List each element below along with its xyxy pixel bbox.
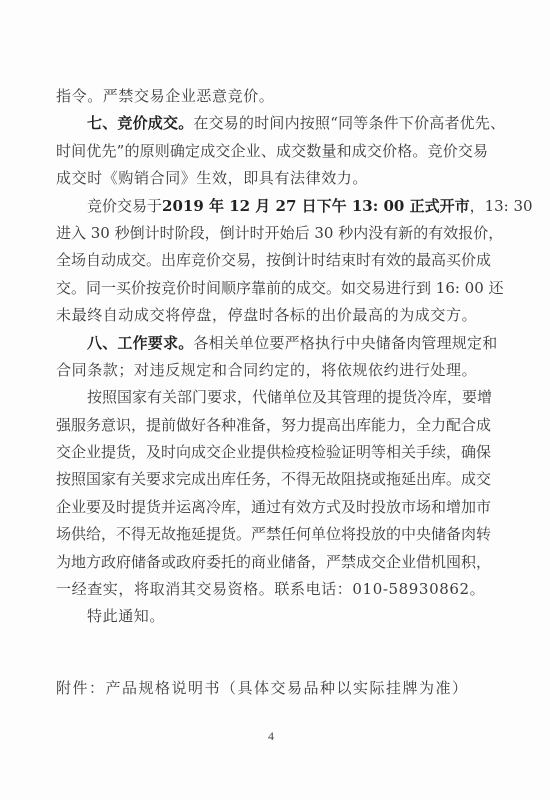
text-span: 在交易的时间内按照“同等条件下价高者优先、 (193, 114, 505, 132)
auction-open-time: 2019 年 12 月 27 日下午 13: 00 正式开市 (162, 197, 470, 215)
text-line: 时间优先”的原则确定成交企业、成交数量和成交价格。竞价交易 (56, 138, 488, 165)
page-number: 4 (268, 729, 274, 744)
text-line: 为地方政府储备或政府委托的商业储备，严禁成交企业借机囤积， (56, 549, 488, 576)
text-line: 交。同一买价按竞价时间顺序靠前的成交。如交易进行到 16: 00 还 (56, 275, 488, 302)
text-span: 各相关单位要严格执行中央储备肉管理规定和 (193, 334, 497, 352)
text-line: 按照国家有关要求完成出库任务，不得无故阻挠或拖延出库。成交 (56, 466, 488, 493)
section-8-heading: 八、工作要求。 (87, 334, 193, 352)
auction-time-line: 竞价交易于2019 年 12 月 27 日下午 13: 00 正式开市，13: … (56, 193, 488, 220)
text-line: 场供给，不得无故拖延提货。严禁任何单位将投放的中央储备肉转 (56, 521, 488, 548)
text-line: 成交时《购销合同》生效，即具有法律效力。 (56, 165, 488, 192)
contact-phone-line: 一经查实，将取消其交易资格。联系电话：010-58930862。 (56, 576, 488, 603)
section-8-line-1: 八、工作要求。各相关单位要严格执行中央储备肉管理规定和 (56, 330, 488, 357)
text-line: 全场自动成交。出库竞价交易，按倒计时结束时有效的最高买价成 (56, 247, 488, 274)
text-line: 未最终自动成交将停盘，停盘时各标的出价最高的为成交方。 (56, 302, 488, 329)
text-line: 交企业提货，及时向成交企业提供检疫检验证明等相关手续，确保 (56, 439, 488, 466)
attachment-note: 附件：产品规格说明书（具体交易品种以实际挂牌为准） (56, 677, 469, 699)
document-body: 指令。严禁交易企业恶意竞价。 七、竞价成交。在交易的时间内按照“同等条件下价高者… (56, 83, 488, 631)
closing-text: 特此通知。 (56, 603, 488, 630)
text-line: 进入 30 秒倒计时阶段，倒计时开始后 30 秒内没有新的有效报价， (56, 220, 488, 247)
text-line: 合同条款；对违反规定和合同约定的，将依规依约进行处理。 (56, 357, 488, 384)
text-line: 强服务意识，提前做好各种准备，努力提高出库能力，全力配合成 (56, 412, 488, 439)
text-line: 按照国家有关部门要求，代储单位及其管理的提货冷库，要增 (56, 384, 488, 411)
text-line: 指令。严禁交易企业恶意竞价。 (56, 83, 488, 110)
section-7-heading: 七、竞价成交。 (87, 114, 193, 132)
text-span: 竞价交易于 (87, 197, 162, 215)
text-span: ，13: 30 (470, 197, 533, 215)
text-line: 企业要及时提货并运离冷库，通过有效方式及时投放市场和增加市 (56, 494, 488, 521)
section-7-line-1: 七、竞价成交。在交易的时间内按照“同等条件下价高者优先、 (56, 110, 488, 137)
